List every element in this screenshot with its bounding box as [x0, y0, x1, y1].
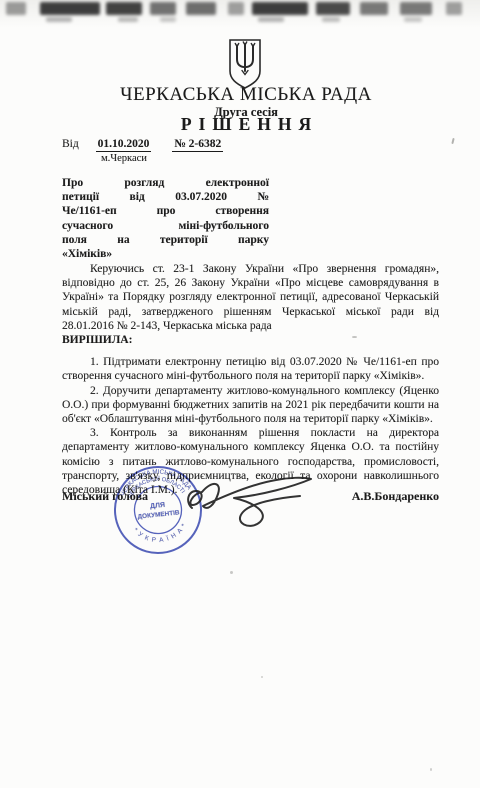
subject-line: Че/1161-еп про створення: [62, 204, 269, 218]
scan-speck: [261, 676, 263, 678]
preamble-paragraph: Керуючись ст. 23-1 Закону України «Про з…: [62, 262, 439, 333]
date-label: Від: [62, 138, 79, 150]
document-type-title: РІШЕННЯ: [19, 114, 480, 135]
resolution-item: 2. Доручити департаменту житлово-комунал…: [62, 384, 439, 427]
resolution-item: 1. Підтримати електронну петицію від 03.…: [62, 355, 439, 383]
scan-artifact-band: [0, 0, 480, 28]
signer-name: А.В.Бондаренко: [352, 489, 439, 504]
subject-line: петиції від 03.07.2020 №: [62, 190, 269, 204]
date-number-line: Від 01.10.2020 № 2-6382: [62, 138, 223, 150]
scan-speck: [230, 571, 233, 574]
subject-line: «Хіміків»: [62, 247, 269, 261]
stamp-center-line1: ДЛЯ: [150, 502, 166, 511]
resolved-label: ВИРІШИЛА:: [62, 333, 439, 347]
document-number: № 2-6382: [172, 138, 223, 152]
scan-speck: [303, 393, 306, 396]
subject-line: поля на території парку: [62, 233, 269, 247]
scan-speck: [451, 138, 454, 144]
subject-line: Про розгляд електронної: [62, 176, 269, 190]
ukraine-trident-emblem-icon: [227, 38, 263, 90]
document-date: 01.10.2020: [96, 138, 152, 152]
council-name: ЧЕРКАСЬКА МІСЬКА РАДА: [12, 84, 480, 106]
handwritten-signature: [180, 468, 318, 540]
scan-speck: [430, 768, 432, 771]
place-label: м.Черкаси: [101, 153, 147, 164]
stamp-center-line2: ДОКУМЕНТІВ: [137, 509, 180, 520]
subject-line: сучасного міні-футбольного: [62, 219, 269, 233]
subject-block: Про розгляд електронної петиції від 03.0…: [62, 176, 269, 261]
scan-speck: [352, 336, 357, 338]
scanned-document-page: ЧЕРКАСЬКА МІСЬКА РАДА Друга сесія РІШЕНН…: [0, 0, 480, 788]
